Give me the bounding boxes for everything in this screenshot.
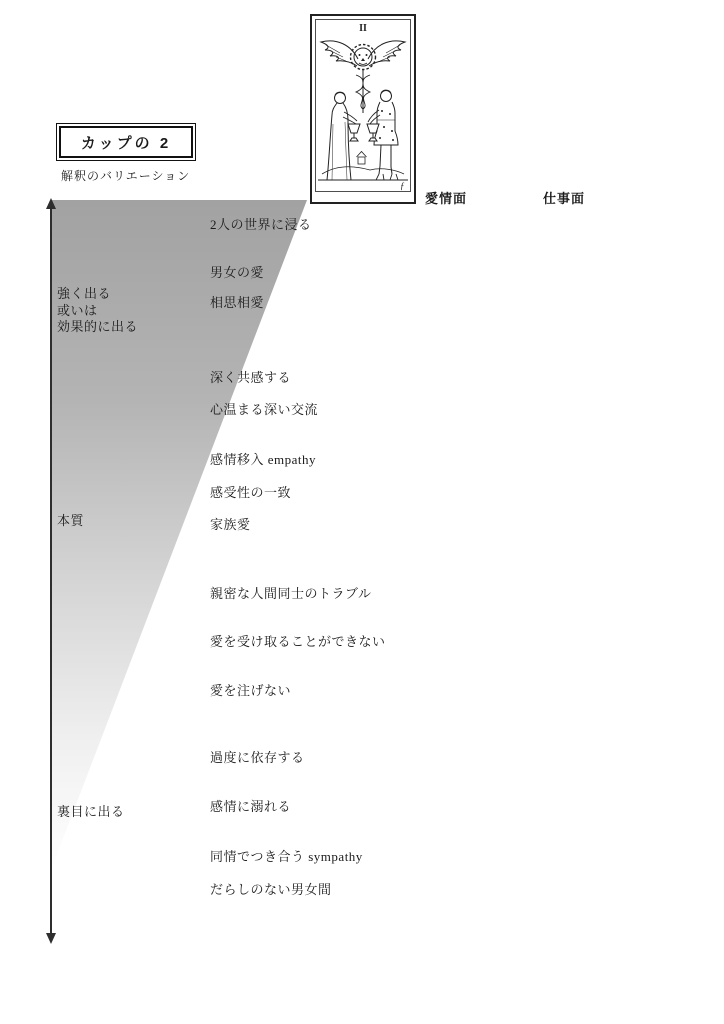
- artist-sigil: ƒ: [400, 181, 405, 191]
- interpretation-phrase: 親密な人間同士のトラブル: [210, 583, 371, 602]
- column-header-love: 愛情面: [425, 188, 467, 207]
- axis-label-backfire: 裏目に出る: [57, 804, 125, 821]
- interpretation-phrase: 相思相愛: [210, 292, 264, 311]
- interpretation-phrase: 感情に溺れる: [210, 796, 291, 815]
- interpretation-phrase: 感情移入 empathy: [210, 449, 316, 468]
- page-subtitle: 解釈のバリエーション: [61, 167, 190, 184]
- interpretation-phrase: 男女の愛: [210, 262, 264, 281]
- card-numeral: II: [359, 23, 367, 34]
- interpretation-phrase: 家族愛: [210, 514, 251, 533]
- interpretation-phrase: 深く共感する: [210, 367, 291, 386]
- interpretation-phrase: 同情でつき合う sympathy: [210, 846, 363, 865]
- interpretation-phrase: 心温まる深い交流: [210, 399, 318, 418]
- column-header-work: 仕事面: [543, 188, 585, 207]
- interpretation-phrase: 愛を受け取ることができない: [210, 631, 386, 650]
- arrow-down-head: [46, 933, 56, 944]
- intensity-axis-arrow: [50, 207, 52, 935]
- page-title: カップの 2: [59, 126, 193, 158]
- interpretation-phrase: 2人の世界に浸る: [210, 214, 312, 233]
- interpretation-phrase: 過度に依存する: [210, 747, 305, 766]
- tarot-card-image: II: [310, 14, 416, 204]
- interpretation-phrase: 感受性の一致: [210, 482, 291, 501]
- axis-label-strong: 強く出る 或いは 効果的に出る: [57, 286, 138, 336]
- interpretation-phrase: 愛を注げない: [210, 680, 291, 699]
- two-of-cups-illustration: II: [310, 14, 416, 204]
- interpretation-phrase: だらしのない男女間: [210, 879, 332, 898]
- document-page: カップの 2 解釈のバリエーション II: [0, 0, 724, 1024]
- axis-label-essence: 本質: [57, 513, 84, 530]
- card-title-box: カップの 2: [56, 123, 196, 161]
